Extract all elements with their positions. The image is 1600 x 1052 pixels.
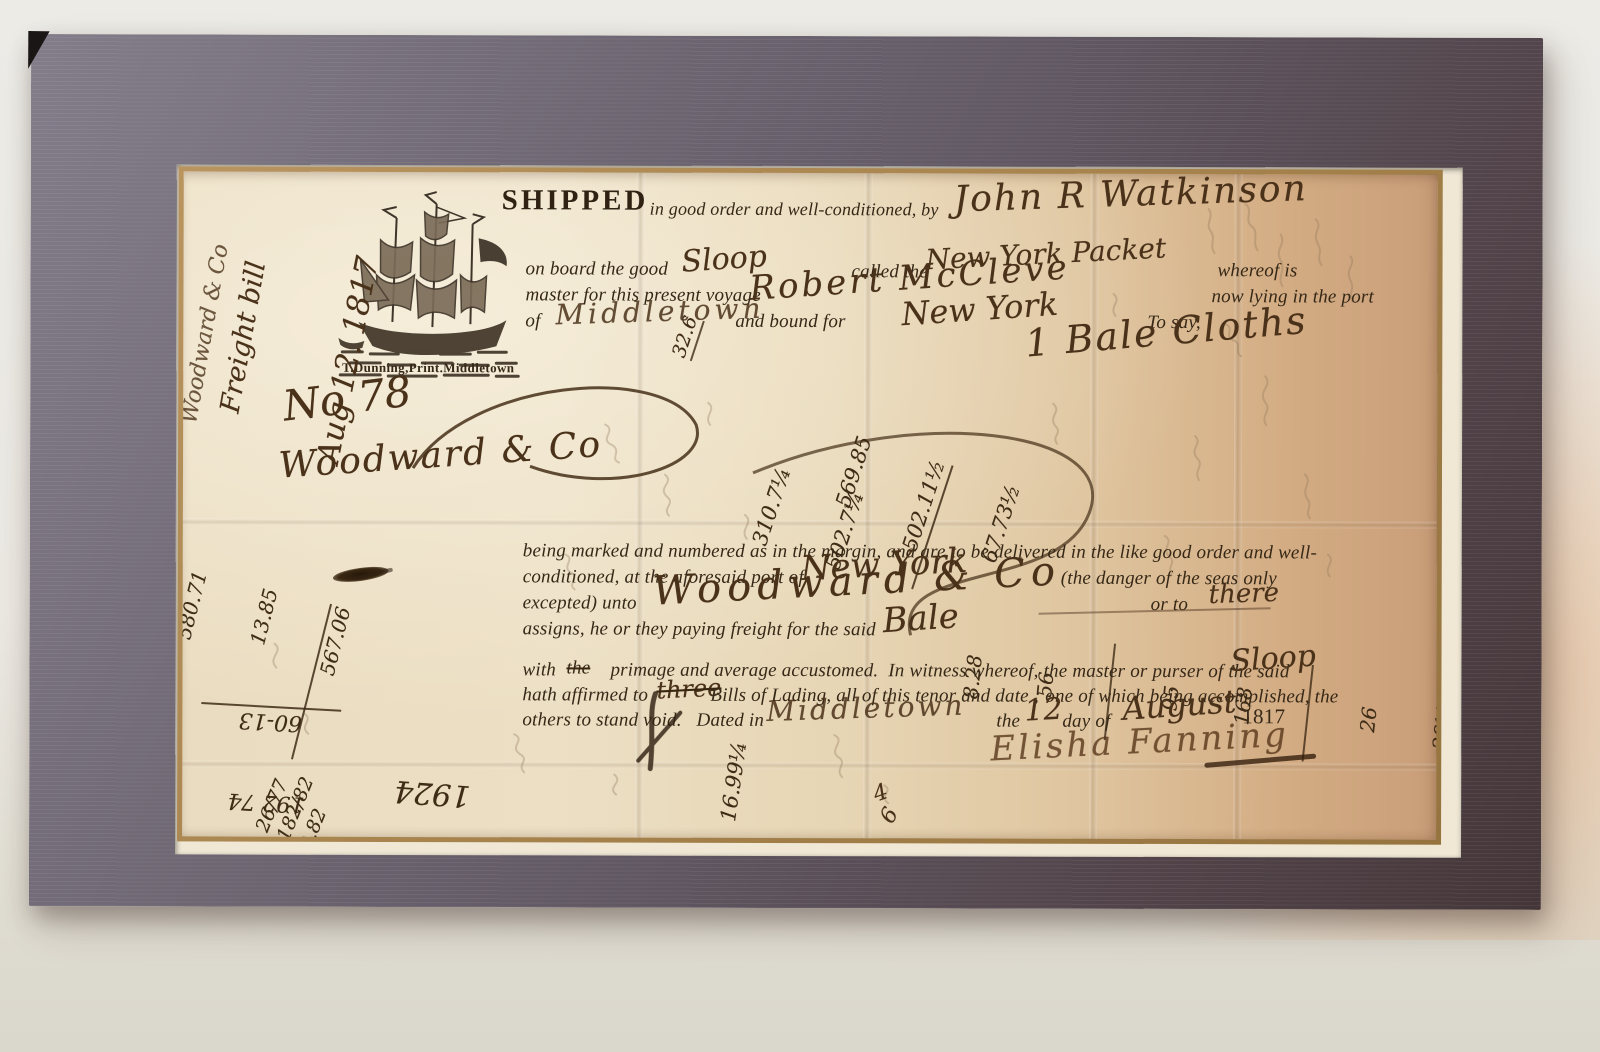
document-paper: T.Dunning,Print.Middletown SHIPPED in go… [182, 171, 1438, 839]
ink-slash [182, 171, 1438, 839]
mat-board: T.Dunning,Print.Middletown SHIPPED in go… [29, 34, 1543, 910]
mat-corner-notch [28, 31, 64, 69]
mat-gold-liner: T.Dunning,Print.Middletown SHIPPED in go… [177, 166, 1443, 844]
mat-window-bevel: T.Dunning,Print.Middletown SHIPPED in go… [175, 164, 1463, 857]
wall-background: T.Dunning,Print.Middletown SHIPPED in go… [0, 0, 1600, 1052]
